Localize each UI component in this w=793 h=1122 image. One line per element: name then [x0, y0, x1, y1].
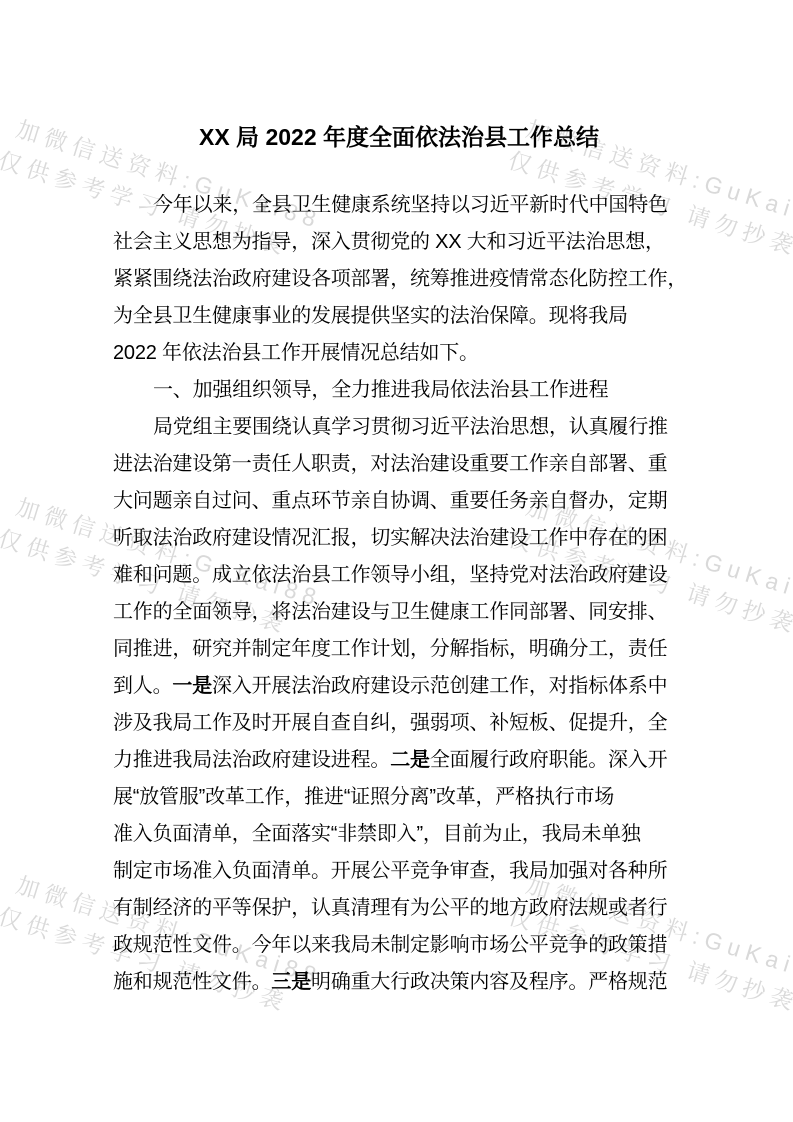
text-run: 社会主义思想为指导，深入贯彻党的 XX 大和习近平法治思想， [113, 231, 665, 253]
text-line: 同推进，研究并制定年度工作计划，分解指标，明确分工，责任 [113, 631, 685, 668]
text-line: 社会主义思想为指导，深入贯彻党的 XX 大和习近平法治思想， [113, 224, 685, 261]
text-run: 紧紧围绕法治政府建设各项部署，统筹推进疫情常态化防控工作， [113, 268, 687, 290]
text-line: 政规范性文件。今年以来我局未制定影响市场公平竞争的政策措 [113, 927, 685, 964]
text-line: 局党组主要围绕认真学习贯彻习近平法治思想，认真履行推 [113, 409, 685, 446]
text-line: 展“放管服”改革工作，推进“证照分离”改革，严格执行市场 [113, 779, 685, 816]
text-line: 为全县卫生健康事业的发展提供坚实的法治保障。现将我局 [113, 298, 685, 335]
text-line: 工作的全面领导，将法治建设与卫生健康工作同部署、同安排、 [113, 594, 685, 631]
text-run: 听取法治政府建设情况汇报，切实解决法治建设工作中存在的困 [113, 527, 667, 549]
text-line: 一、加强组织领导，全力推进我局依法治县工作进程 [113, 372, 685, 409]
text-run: 工作的全面领导，将法治建设与卫生健康工作同部署、同安排、 [113, 601, 667, 623]
text-line: 今年以来，全县卫生健康系统坚持以习近平新时代中国特色 [113, 187, 685, 224]
text-run: 明确重大行政决策内容及程序。严格规范 [311, 971, 667, 993]
bold-run: 三是 [271, 971, 311, 993]
text-run: 施和规范性文件。 [113, 971, 271, 993]
document-content: XX 局 2022 年度全面依法治县工作总结 今年以来，全县卫生健康系统坚持以习… [113, 0, 685, 1001]
document-page: 加微信送资料:GuKai88仅供参考学习 请勿抄袭加微信送资料:GuKai88仅… [0, 0, 793, 1122]
text-run: 为全县卫生健康事业的发展提供坚实的法治保障。现将我局 [113, 305, 628, 327]
text-line: 制定市场准入负面清单。开展公平竞争审查，我局加强对各种所 [113, 853, 685, 890]
text-line: 大问题亲自过问、重点环节亲自协调、重要任务亲自督办，定期 [113, 483, 685, 520]
bold-run: 二是 [390, 749, 430, 771]
text-line: 施和规范性文件。三是明确重大行政决策内容及程序。严格规范 [113, 964, 685, 1001]
text-line: 有制经济的平等保护，认真清理有为公平的地方政府法规或者行 [113, 890, 685, 927]
text-line: 难和问题。成立依法治县工作领导小组，坚持党对法治政府建设 [113, 557, 685, 594]
text-run: 涉及我局工作及时开展自查自纠，强弱项、补短板、促提升，全 [113, 712, 667, 734]
text-run: 制定市场准入负面清单。开展公平竞争审查，我局加强对各种所 [113, 860, 667, 882]
text-line: 听取法治政府建设情况汇报，切实解决法治建设工作中存在的困 [113, 520, 685, 557]
text-run: 同推进，研究并制定年度工作计划，分解指标，明确分工，责任 [113, 638, 667, 660]
text-run: 政规范性文件。今年以来我局未制定影响市场公平竞争的政策措 [113, 934, 667, 956]
text-run: 深入开展法治政府建设示范创建工作，对指标体系中 [212, 675, 667, 697]
bold-run: 一是 [172, 675, 212, 697]
document-title: XX 局 2022 年度全面依法治县工作总结 [113, 120, 685, 154]
text-run: 到人。 [113, 675, 172, 697]
text-line: 到人。一是深入开展法治政府建设示范创建工作，对指标体系中 [113, 668, 685, 705]
text-run: 力推进我局法治政府建设进程。 [113, 749, 390, 771]
text-run: 准入负面清单，全面落实“非禁即入”，目前为止，我局未单独 [113, 823, 641, 845]
text-line: 涉及我局工作及时开展自查自纠，强弱项、补短板、促提升，全 [113, 705, 685, 742]
text-run: 今年以来，全县卫生健康系统坚持以习近平新时代中国特色 [153, 194, 668, 216]
text-line: 2022 年依法治县工作开展情况总结如下。 [113, 335, 685, 372]
text-run: 难和问题。成立依法治县工作领导小组，坚持党对法治政府建设 [113, 564, 667, 586]
text-line: 力推进我局法治政府建设进程。二是全面履行政府职能。深入开 [113, 742, 685, 779]
text-run: 大问题亲自过问、重点环节亲自协调、重要任务亲自督办，定期 [113, 490, 667, 512]
text-run: 一、加强组织领导，全力推进我局依法治县工作进程 [153, 379, 608, 401]
text-line: 进法治建设第一责任人职责，对法治建设重要工作亲自部署、重 [113, 446, 685, 483]
text-line: 紧紧围绕法治政府建设各项部署，统筹推进疫情常态化防控工作， [113, 261, 685, 298]
document-body: 今年以来，全县卫生健康系统坚持以习近平新时代中国特色社会主义思想为指导，深入贯彻… [113, 187, 685, 1001]
text-run: 全面履行政府职能。深入开 [430, 749, 668, 771]
text-run: 2022 年依法治县工作开展情况总结如下。 [113, 342, 479, 364]
text-line: 准入负面清单，全面落实“非禁即入”，目前为止，我局未单独 [113, 816, 685, 853]
text-run: 局党组主要围绕认真学习贯彻习近平法治思想，认真履行推 [153, 416, 668, 438]
text-run: 有制经济的平等保护，认真清理有为公平的地方政府法规或者行 [113, 897, 667, 919]
text-run: 进法治建设第一责任人职责，对法治建设重要工作亲自部署、重 [113, 453, 667, 475]
text-run: 展“放管服”改革工作，推进“证照分离”改革，严格执行市场 [113, 786, 614, 808]
